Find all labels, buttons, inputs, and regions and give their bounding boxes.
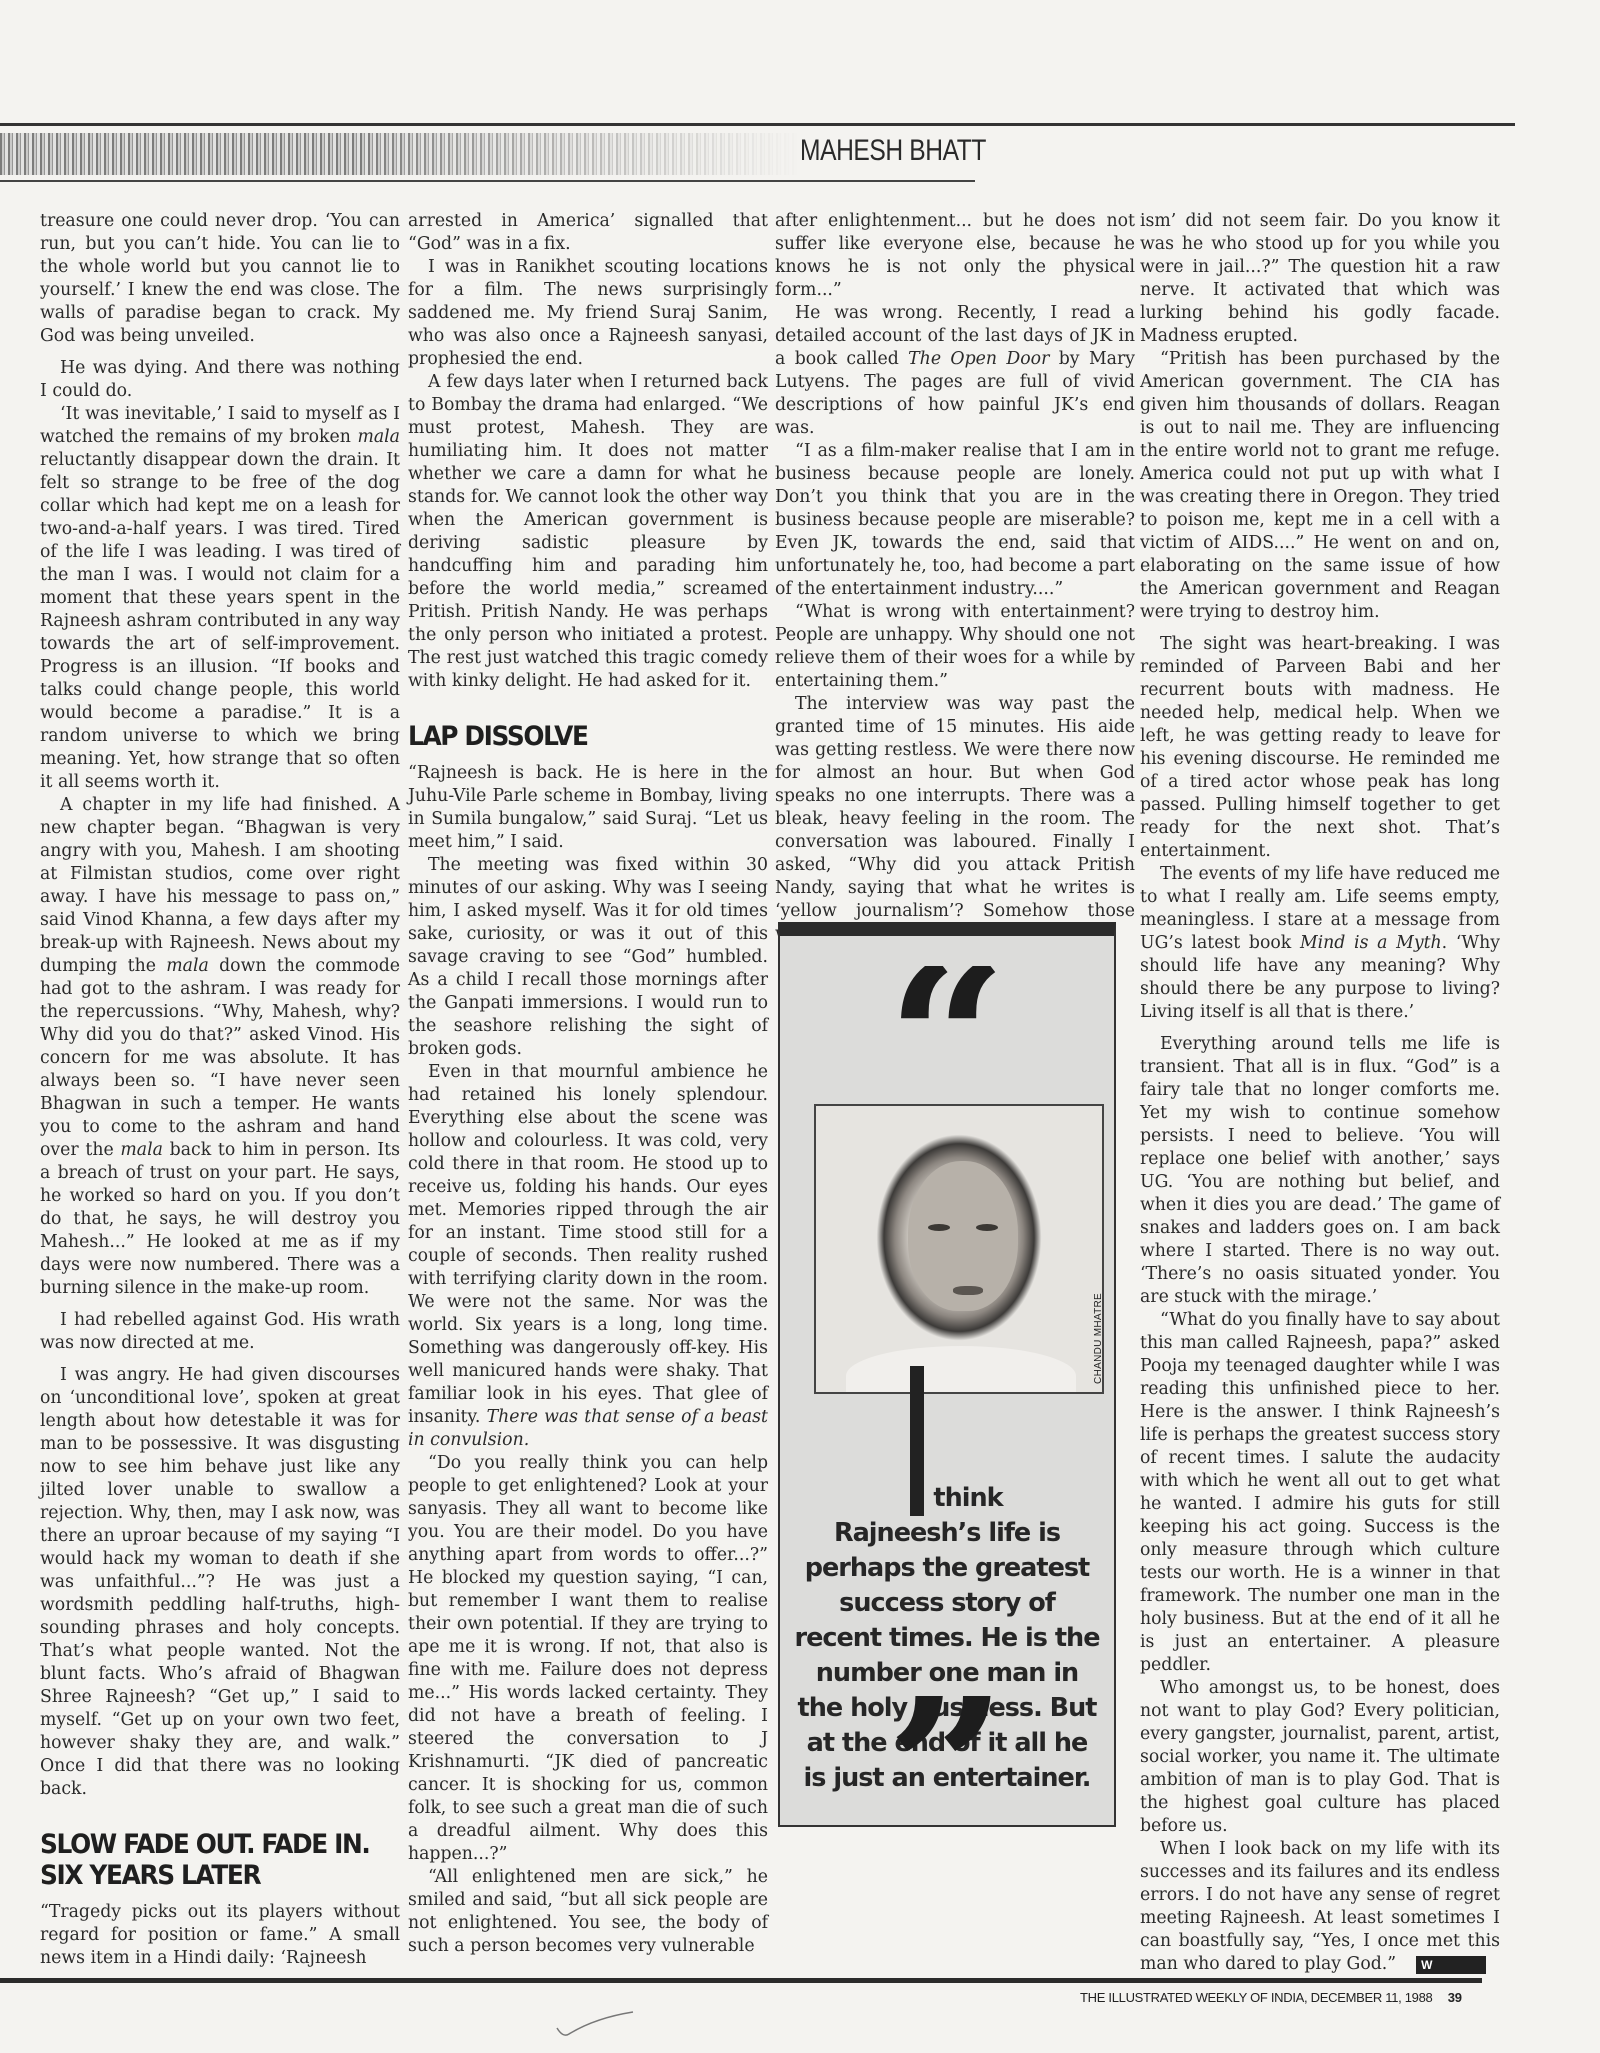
paragraph: after enlightenment... but he does not s… <box>775 210 1135 302</box>
paragraph: “What do you finally have to say about t… <box>1140 1309 1500 1677</box>
photo-mouth <box>953 1286 983 1295</box>
paragraph: The meeting was fixed within 30 minutes … <box>408 854 768 1061</box>
publication-line: THE ILLUSTRATED WEEKLY OF INDIA, DECEMBE… <box>1080 1990 1432 2005</box>
paragraph: I was angry. He had given discourses on … <box>40 1364 400 1801</box>
paragraph: The sight was heart-breaking. I was remi… <box>1140 633 1500 863</box>
paragraph: “All enlightened men are sick,” he smile… <box>408 1866 768 1958</box>
photo-collar <box>846 1346 1076 1394</box>
paragraph: “Pritish has been purchased by the Ameri… <box>1140 348 1500 624</box>
pull-quote-first-line: think <box>794 1481 1100 1516</box>
photo-eye <box>976 1224 998 1231</box>
paragraph: The events of my life have reduced me to… <box>1140 863 1500 1024</box>
column-4: ism’ did not seem fair. Do you know it w… <box>1140 210 1500 1976</box>
footer-rule <box>0 1978 1482 1983</box>
paragraph: The interview was way past the granted t… <box>775 693 1135 946</box>
paragraph: ism’ did not seem fair. Do you know it w… <box>1140 210 1500 348</box>
paragraph: A few days later when I returned back to… <box>408 371 768 693</box>
author-photo: CHANDU MHATRE <box>814 1104 1104 1394</box>
photo-credit: CHANDU MHATRE <box>1093 1293 1104 1384</box>
close-quote-icon: ” <box>780 1696 1114 1821</box>
section-heading: LAP DISSOLVE <box>408 721 739 752</box>
paragraph: I had rebelled against God. His wrath wa… <box>40 1309 400 1355</box>
paragraph: “What is wrong with entertainment? Peopl… <box>775 601 1135 693</box>
column-3: after enlightenment... but he does not s… <box>775 210 1135 946</box>
page-number: 39 <box>1448 1990 1462 2005</box>
paragraph: Even in that mournful ambience he had re… <box>408 1061 768 1452</box>
paragraph: “Tragedy picks out its players without r… <box>40 1901 400 1970</box>
header-texture-band <box>0 133 800 175</box>
paragraph: He was wrong. Recently, I read a detaile… <box>775 302 1135 440</box>
paragraph: “Rajneesh is back. He is here in the Juh… <box>408 762 768 854</box>
page-footer: THE ILLUSTRATED WEEKLY OF INDIA, DECEMBE… <box>1080 1990 1462 2005</box>
paragraph: arrested in America’ signalled that “God… <box>408 210 768 256</box>
paragraph: When I look back on my life with its suc… <box>1140 1838 1500 1976</box>
end-mark-icon: W <box>1416 1956 1486 1974</box>
author-name: MAHESH BHATT <box>800 134 986 168</box>
paragraph: “I as a film-maker realise that I am in … <box>775 440 1135 601</box>
paragraph: Who amongst us, to be honest, does not w… <box>1140 1677 1500 1838</box>
section-heading: SLOW FADE OUT. FADE IN. SIX YEARS LATER <box>40 1829 371 1891</box>
paragraph: A chapter in my life had finished. A new… <box>40 794 400 1300</box>
paragraph: ‘It was inevitable,’ I said to myself as… <box>40 403 400 794</box>
top-rule <box>0 123 1515 126</box>
open-quote-icon: “ <box>780 966 1114 1086</box>
paragraph: I was in Ranikhet scouting locations for… <box>408 256 768 371</box>
paragraph: treasure one could never drop. ‘You can … <box>40 210 400 348</box>
paragraph: Everything around tells me life is trans… <box>1140 1033 1500 1309</box>
photo-eye <box>928 1224 950 1231</box>
paragraph: He was dying. And there was nothing I co… <box>40 357 400 403</box>
pen-tick-mark-icon <box>555 2010 635 2038</box>
pull-quote-box: “ CHANDU MHATRE think Rajneesh’s life is… <box>778 922 1116 1827</box>
header-rule <box>0 180 975 182</box>
column-1: treasure one could never drop. ‘You can … <box>40 210 400 1970</box>
paragraph: “Do you really think you can help people… <box>408 1452 768 1866</box>
column-2: arrested in America’ signalled that “God… <box>408 210 768 1958</box>
